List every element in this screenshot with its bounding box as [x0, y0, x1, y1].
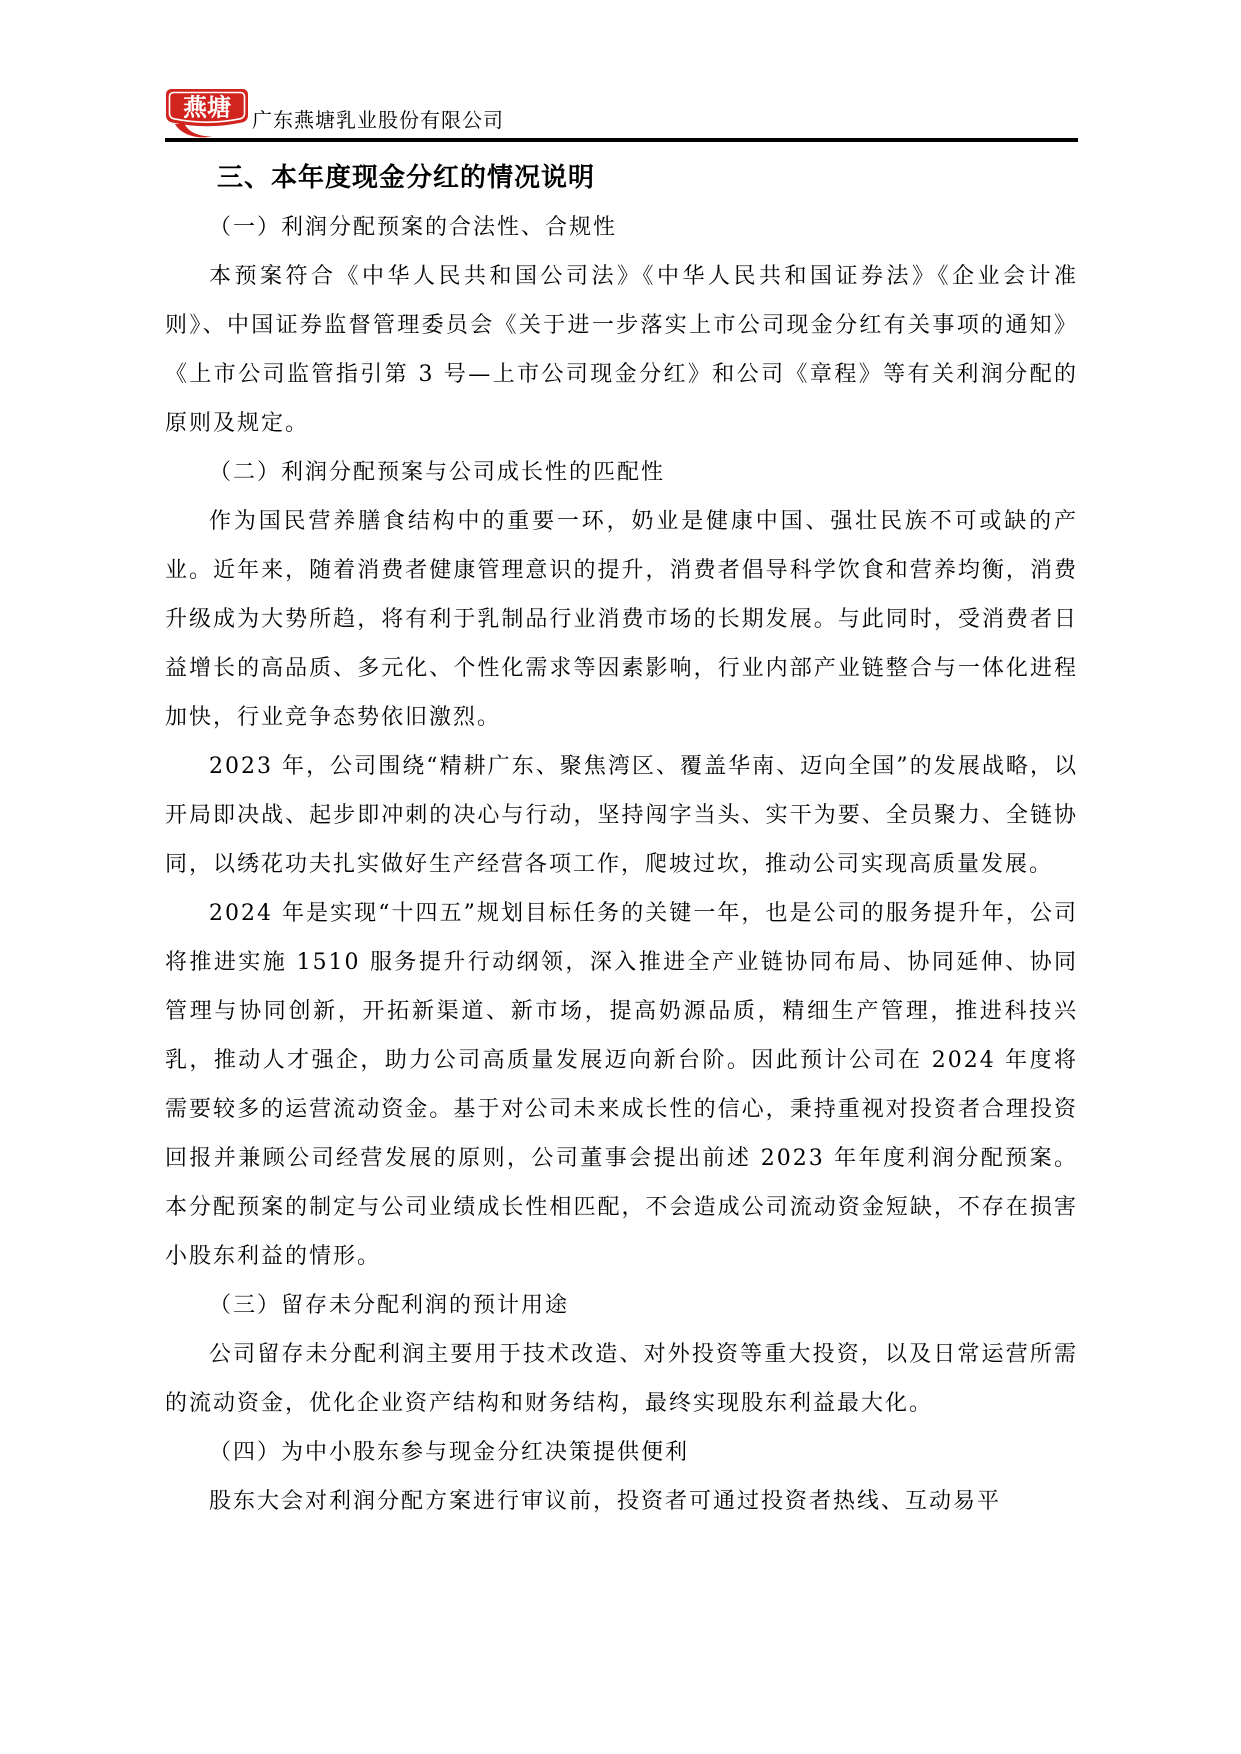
- document-content: 三、本年度现金分红的情况说明 （一）利润分配预案的合法性、合规性 本预案符合《中…: [165, 142, 1078, 1526]
- subsection-heading-2: （二）利润分配预案与公司成长性的匹配性: [165, 448, 1078, 497]
- subsection-heading-3: （三）留存未分配利润的预计用途: [165, 1281, 1078, 1330]
- subsection-heading-4: （四）为中小股东参与现金分红决策提供便利: [165, 1428, 1078, 1477]
- paragraph-2023-strategy: 2023 年，公司围绕“精耕广东、聚焦湾区、覆盖华南、迈向全国”的发展战略，以开…: [165, 742, 1078, 889]
- document-page: 燕塘 广东燕塘乳业股份有限公司 三、本年度现金分红的情况说明 （一）利润分配预案…: [0, 0, 1241, 1754]
- logo-text: 燕塘: [183, 93, 231, 122]
- paragraph-2024-outlook: 2024 年是实现“十四五”规划目标任务的关键一年，也是公司的服务提升年，公司将…: [165, 889, 1078, 1281]
- header-row: 燕塘 广东燕塘乳业股份有限公司: [165, 88, 1078, 142]
- subsection-heading-1: （一）利润分配预案的合法性、合规性: [165, 203, 1078, 252]
- yantang-logo-icon: 燕塘: [165, 88, 249, 140]
- page-header: 燕塘 广东燕塘乳业股份有限公司: [165, 0, 1078, 142]
- paragraph-legality-compliance: 本预案符合《中华人民共和国公司法》《中华人民共和国证券法》《企业会计准则》、中国…: [165, 252, 1078, 448]
- section-title: 三、本年度现金分红的情况说明: [165, 154, 1078, 203]
- company-name: 广东燕塘乳业股份有限公司: [252, 110, 504, 136]
- paragraph-industry-growth: 作为国民营养膳食结构中的重要一环，奶业是健康中国、强壮民族不可或缺的产业。近年来…: [165, 497, 1078, 742]
- paragraph-minority-shareholder-participation: 股东大会对利润分配方案进行审议前，投资者可通过投资者热线、互动易平: [165, 1477, 1078, 1526]
- paragraph-retained-profit-use: 公司留存未分配利润主要用于技术改造、对外投资等重大投资，以及日常运营所需的流动资…: [165, 1330, 1078, 1428]
